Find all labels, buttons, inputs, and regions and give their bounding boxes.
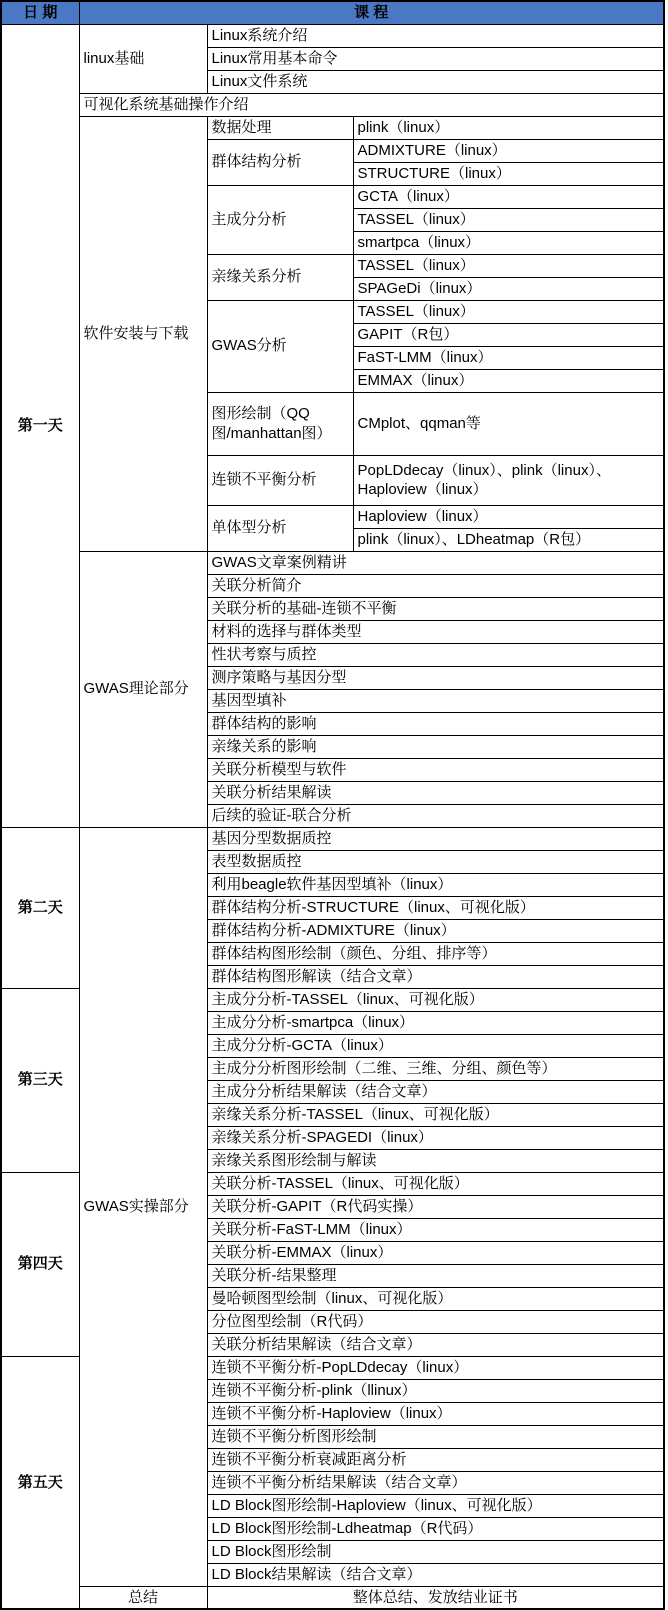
course-cell: 亲缘关系分析 [207,254,353,300]
course-cell: 连锁不平衡分析-Haploview（linux） [207,1402,664,1425]
course-cell: 主成分分析-smartpca（linux） [207,1011,664,1034]
course-cell: 连锁不平衡分析衰减距离分析 [207,1448,664,1471]
course-cell: 关联分析的基础-连锁不平衡 [207,597,664,620]
course-cell: 曼哈顿图型绘制（linux、可视化版） [207,1287,664,1310]
header-date: 日 期 [1,1,79,24]
course-cell: 群体结构图形解读（结合文章） [207,965,664,988]
course-cell: LD Block图形绘制-Haploview（linux、可视化版） [207,1494,664,1517]
course-cell: GWAS分析 [207,300,353,392]
course-cell: 关联分析-结果整理 [207,1264,664,1287]
table-row: 第二天GWAS实操部分基因分型数据质控 [1,827,664,850]
course-cell: 主成分分析图形绘制（二维、三维、分组、颜色等） [207,1057,664,1080]
course-cell: 连锁不平衡分析结果解读（结合文章） [207,1471,664,1494]
day-1-label: 第一天 [1,24,79,827]
course-cell: 群体结构分析-ADMIXTURE（linux） [207,919,664,942]
course-cell: 利用beagle软件基因型填补（linux） [207,873,664,896]
day-3-label: 第三天 [1,988,79,1172]
section-gwas-theory: GWAS理论部分 [79,551,207,827]
day-5-label: 第五天 [1,1356,79,1609]
table-row: GWAS理论部分GWAS文章案例精讲 [1,551,664,574]
course-cell: TASSEL（linux） [353,300,664,323]
course-cell: 连锁不平衡分析图形绘制 [207,1425,664,1448]
table-row: 可视化系统基础操作介绍 [1,93,664,116]
course-cell: 后续的验证-联合分析 [207,804,664,827]
course-cell: 关联分析结果解读 [207,781,664,804]
course-cell: PopLDdecay（linux）、plink（linux）、Haploview… [353,455,664,505]
table-body: 第一天linux基础Linux系统介绍Linux常用基本命令Linux文件系统可… [1,24,664,1609]
course-cell: LD Block结果解读（结合文章） [207,1563,664,1586]
course-cell: 群体结构的影响 [207,712,664,735]
course-cell: 连锁不平衡分析-PopLDdecay（linux） [207,1356,664,1379]
course-cell: 群体结构分析 [207,139,353,185]
course-cell: LD Block图形绘制 [207,1540,664,1563]
course-cell: 关联分析模型与软件 [207,758,664,781]
course-cell: GAPIT（R包） [353,323,664,346]
course-cell: 群体结构分析-STRUCTURE（linux、可视化版） [207,896,664,919]
course-cell: TASSEL（linux） [353,208,664,231]
course-cell: ADMIXTURE（linux） [353,139,664,162]
course-cell: 测序策略与基因分型 [207,666,664,689]
course-schedule-table: 日 期课 程 第一天linux基础Linux系统介绍Linux常用基本命令Lin… [0,0,665,1610]
course-cell: Linux系统介绍 [207,24,664,47]
course-cell: plink（linux）、LDheatmap（R包） [353,528,664,551]
course-cell: 关联分析-GAPIT（R代码实操） [207,1195,664,1218]
summary-label: 总结 [79,1586,207,1609]
course-cell: 亲缘关系分析-TASSEL（linux、可视化版） [207,1103,664,1126]
section-software-install: 软件安装与下载 [79,116,207,551]
course-cell: 主成分分析-TASSEL（linux、可视化版） [207,988,664,1011]
course-cell: 关联分析-TASSEL（linux、可视化版） [207,1172,664,1195]
course-cell: Linux常用基本命令 [207,47,664,70]
table-header: 日 期课 程 [1,1,664,24]
course-cell: smartpca（linux） [353,231,664,254]
course-cell: 关联分析-FaST-LMM（linux） [207,1218,664,1241]
table-row: 第一天linux基础Linux系统介绍 [1,24,664,47]
course-cell: 关联分析-EMMAX（linux） [207,1241,664,1264]
course-cell: 单体型分析 [207,505,353,551]
section-visual-system-intro: 可视化系统基础操作介绍 [79,93,664,116]
table-row: 软件安装与下载数据处理plink（linux） [1,116,664,139]
course-cell: 性状考察与质控 [207,643,664,666]
course-cell: 群体结构图形绘制（颜色、分组、排序等） [207,942,664,965]
course-cell: 关联分析简介 [207,574,664,597]
course-cell: 亲缘关系的影响 [207,735,664,758]
course-cell: EMMAX（linux） [353,369,664,392]
course-cell: 关联分析结果解读（结合文章） [207,1333,664,1356]
course-cell: 图形绘制（QQ图/manhattan图） [207,392,353,455]
course-cell: 主成分分析-GCTA（linux） [207,1034,664,1057]
course-cell: 主成分分析结果解读（结合文章） [207,1080,664,1103]
course-cell: GCTA（linux） [353,185,664,208]
summary-content: 整体总结、发放结业证书 [207,1586,664,1609]
course-cell: SPAGeDi（linux） [353,277,664,300]
course-cell: plink（linux） [353,116,664,139]
day-4-label: 第四天 [1,1172,79,1356]
course-cell: 分位图型绘制（R代码） [207,1310,664,1333]
course-cell: 表型数据质控 [207,850,664,873]
header-course: 课 程 [79,1,664,24]
table-row: 总结整体总结、发放结业证书 [1,1586,664,1609]
course-cell: LD Block图形绘制-Ldheatmap（R代码） [207,1517,664,1540]
course-cell: STRUCTURE（linux） [353,162,664,185]
course-cell: 连锁不平衡分析 [207,455,353,505]
course-cell: TASSEL（linux） [353,254,664,277]
course-cell: 亲缘关系图形绘制与解读 [207,1149,664,1172]
day-2-label: 第二天 [1,827,79,988]
course-cell: Linux文件系统 [207,70,664,93]
course-cell: 连锁不平衡分析-plink（llinux） [207,1379,664,1402]
course-cell: 数据处理 [207,116,353,139]
section-gwas-practice: GWAS实操部分 [79,827,207,1586]
course-cell: CMplot、qqman等 [353,392,664,455]
course-cell: 基因型填补 [207,689,664,712]
course-cell: 基因分型数据质控 [207,827,664,850]
course-cell: 材料的选择与群体类型 [207,620,664,643]
course-cell: Haploview（linux） [353,505,664,528]
course-cell: FaST-LMM（linux） [353,346,664,369]
course-cell: GWAS文章案例精讲 [207,551,664,574]
page: 日 期课 程 第一天linux基础Linux系统介绍Linux常用基本命令Lin… [0,0,668,1610]
course-cell: 主成分分析 [207,185,353,254]
course-cell: 亲缘关系分析-SPAGEDI（linux） [207,1126,664,1149]
section-linux-basics: linux基础 [79,24,207,93]
